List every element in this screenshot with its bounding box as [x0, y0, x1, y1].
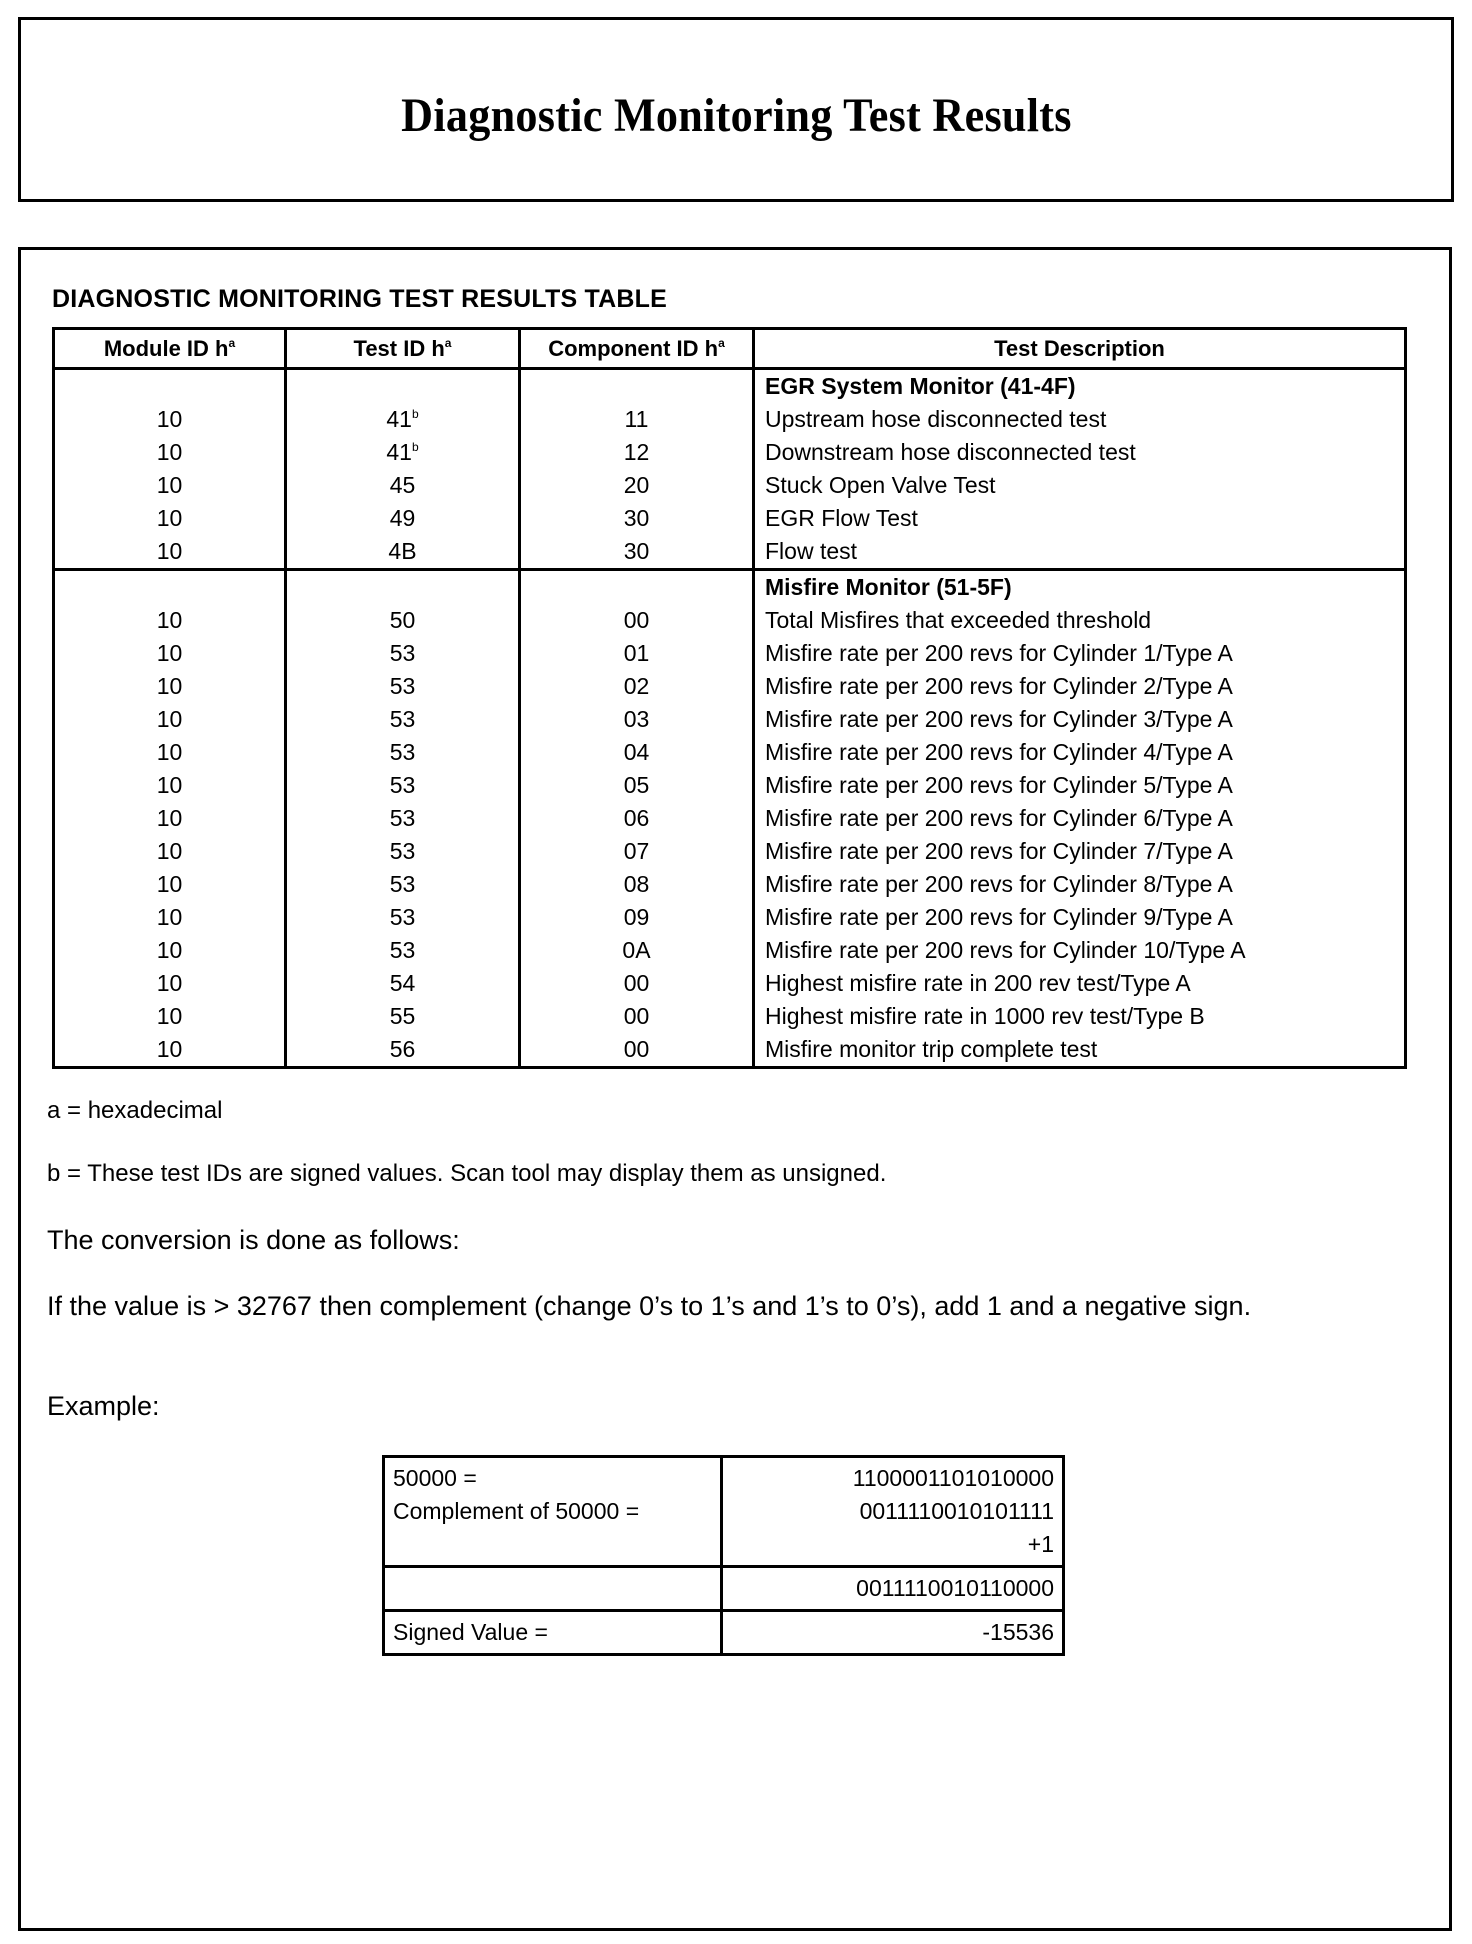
test-description-cell: Misfire rate per 200 revs for Cylinder 1…	[754, 934, 1406, 967]
test-id-cell: 56	[286, 1033, 520, 1068]
test-description-cell: Misfire rate per 200 revs for Cylinder 2…	[754, 670, 1406, 703]
empty-cell	[520, 570, 754, 605]
component-id-cell: 07	[520, 835, 754, 868]
component-id-cell: 09	[520, 901, 754, 934]
test-description-cell: Flow test	[754, 535, 1406, 570]
module-id-cell: 10	[54, 934, 286, 967]
section-heading-row: Misfire Monitor (51-5F)	[54, 570, 1406, 605]
empty-cell	[286, 369, 520, 404]
module-id-cell: 10	[54, 835, 286, 868]
test-description-cell: Misfire monitor trip complete test	[754, 1033, 1406, 1068]
table-row: 105400Highest misfire rate in 200 rev te…	[54, 967, 1406, 1000]
test-id-cell: 53	[286, 637, 520, 670]
example-label-cell: 50000 =Complement of 50000 =	[384, 1457, 722, 1567]
test-id-cell: 41b	[286, 436, 520, 469]
component-id-cell: 00	[520, 967, 754, 1000]
test-id-cell: 4B	[286, 535, 520, 570]
table-row: 105304Misfire rate per 200 revs for Cyli…	[54, 736, 1406, 769]
component-id-cell: 05	[520, 769, 754, 802]
module-id-cell: 10	[54, 604, 286, 637]
test-description-cell: Misfire rate per 200 revs for Cylinder 1…	[754, 637, 1406, 670]
module-id-cell: 10	[54, 403, 286, 436]
section-heading: EGR System Monitor (41-4F)	[754, 369, 1406, 404]
component-id-cell: 01	[520, 637, 754, 670]
table-row: 10530AMisfire rate per 200 revs for Cyli…	[54, 934, 1406, 967]
column-header-module-id: Module ID ha	[54, 329, 286, 369]
test-description-cell: Misfire rate per 200 revs for Cylinder 5…	[754, 769, 1406, 802]
example-label-cell: Signed Value =	[384, 1611, 722, 1655]
empty-cell	[54, 570, 286, 605]
component-id-cell: 30	[520, 502, 754, 535]
module-id-cell: 10	[54, 868, 286, 901]
test-description-cell: Misfire rate per 200 revs for Cylinder 3…	[754, 703, 1406, 736]
test-id-cell: 53	[286, 901, 520, 934]
test-id-cell: 53	[286, 703, 520, 736]
component-id-cell: 12	[520, 436, 754, 469]
example-row: 50000 =Complement of 50000 = 11000011010…	[384, 1457, 1064, 1567]
column-header-component-id: Component ID ha	[520, 329, 754, 369]
module-id-cell: 10	[54, 670, 286, 703]
component-id-cell: 30	[520, 535, 754, 570]
table-row: 105307Misfire rate per 200 revs for Cyli…	[54, 835, 1406, 868]
test-description-cell: Highest misfire rate in 1000 rev test/Ty…	[754, 1000, 1406, 1033]
component-id-cell: 04	[520, 736, 754, 769]
example-table: 50000 =Complement of 50000 = 11000011010…	[382, 1455, 1065, 1656]
table-row: 104930EGR Flow Test	[54, 502, 1406, 535]
example-row: 0011110010110000	[384, 1567, 1064, 1611]
test-description-cell: Total Misfires that exceeded threshold	[754, 604, 1406, 637]
component-id-cell: 0A	[520, 934, 754, 967]
test-id-cell: 54	[286, 967, 520, 1000]
table-row: 105000Total Misfires that exceeded thres…	[54, 604, 1406, 637]
table-row: 105309Misfire rate per 200 revs for Cyli…	[54, 901, 1406, 934]
test-id-cell: 53	[286, 934, 520, 967]
table-row: 105303Misfire rate per 200 revs for Cyli…	[54, 703, 1406, 736]
module-id-cell: 10	[54, 901, 286, 934]
test-id-cell: 53	[286, 736, 520, 769]
section-heading: Misfire Monitor (51-5F)	[754, 570, 1406, 605]
table-title: DIAGNOSTIC MONITORING TEST RESULTS TABLE	[52, 285, 667, 314]
test-description-cell: EGR Flow Test	[754, 502, 1406, 535]
test-description-cell: Highest misfire rate in 200 rev test/Typ…	[754, 967, 1406, 1000]
test-id-cell: 53	[286, 769, 520, 802]
module-id-cell: 10	[54, 967, 286, 1000]
component-id-cell: 00	[520, 1033, 754, 1068]
example-value-cell: -15536	[722, 1611, 1064, 1655]
conversion-intro: The conversion is done as follows:	[47, 1224, 1397, 1257]
component-id-cell: 11	[520, 403, 754, 436]
conversion-rule: If the value is > 32767 then complement …	[47, 1290, 1397, 1323]
example-label-cell	[384, 1567, 722, 1611]
component-id-cell: 02	[520, 670, 754, 703]
module-id-cell: 10	[54, 802, 286, 835]
test-description-cell: Misfire rate per 200 revs for Cylinder 7…	[754, 835, 1406, 868]
footnote-b: b = These test IDs are signed values. Sc…	[47, 1160, 886, 1188]
table-row: 105302Misfire rate per 200 revs for Cyli…	[54, 670, 1406, 703]
component-id-cell: 20	[520, 469, 754, 502]
table-row: 105600Misfire monitor trip complete test	[54, 1033, 1406, 1068]
module-id-cell: 10	[54, 736, 286, 769]
test-id-cell: 45	[286, 469, 520, 502]
table-row: 104520Stuck Open Valve Test	[54, 469, 1406, 502]
column-header-test-id: Test ID ha	[286, 329, 520, 369]
test-id-cell: 55	[286, 1000, 520, 1033]
table-row: 104B30Flow test	[54, 535, 1406, 570]
test-description-cell: Stuck Open Valve Test	[754, 469, 1406, 502]
test-description-cell: Misfire rate per 200 revs for Cylinder 9…	[754, 901, 1406, 934]
module-id-cell: 10	[54, 703, 286, 736]
module-id-cell: 10	[54, 769, 286, 802]
table-body: EGR System Monitor (41-4F)1041b11Upstrea…	[54, 369, 1406, 1068]
module-id-cell: 10	[54, 1033, 286, 1068]
module-id-cell: 10	[54, 1000, 286, 1033]
example-table-body: 50000 =Complement of 50000 = 11000011010…	[384, 1457, 1064, 1655]
footnote-a: a = hexadecimal	[47, 1097, 222, 1125]
column-header-test-description: Test Description	[754, 329, 1406, 369]
table-row: 1041b12Downstream hose disconnected test	[54, 436, 1406, 469]
component-id-cell: 08	[520, 868, 754, 901]
table-row: 1041b11Upstream hose disconnected test	[54, 403, 1406, 436]
empty-cell	[54, 369, 286, 404]
example-value-cell: 11000011010100000011110010101111+1	[722, 1457, 1064, 1567]
test-id-cell: 53	[286, 835, 520, 868]
example-row: Signed Value =-15536	[384, 1611, 1064, 1655]
test-description-cell: Misfire rate per 200 revs for Cylinder 4…	[754, 736, 1406, 769]
test-id-cell: 53	[286, 868, 520, 901]
table-row: 105301Misfire rate per 200 revs for Cyli…	[54, 637, 1406, 670]
test-description-cell: Misfire rate per 200 revs for Cylinder 8…	[754, 868, 1406, 901]
table-row: 105500Highest misfire rate in 1000 rev t…	[54, 1000, 1406, 1033]
module-id-cell: 10	[54, 436, 286, 469]
example-value-cell: 0011110010110000	[722, 1567, 1064, 1611]
component-id-cell: 03	[520, 703, 754, 736]
table-header-row: Module ID ha Test ID ha Component ID ha …	[54, 329, 1406, 369]
empty-cell	[286, 570, 520, 605]
example-label: Example:	[47, 1390, 1397, 1423]
test-id-cell: 53	[286, 670, 520, 703]
module-id-cell: 10	[54, 535, 286, 570]
test-description-cell: Misfire rate per 200 revs for Cylinder 6…	[754, 802, 1406, 835]
test-results-table: Module ID ha Test ID ha Component ID ha …	[52, 327, 1407, 1069]
page-title: Diagnostic Monitoring Test Results	[401, 88, 1072, 143]
test-id-cell: 50	[286, 604, 520, 637]
module-id-cell: 10	[54, 469, 286, 502]
test-id-cell: 53	[286, 802, 520, 835]
table-row: 105306Misfire rate per 200 revs for Cyli…	[54, 802, 1406, 835]
module-id-cell: 10	[54, 502, 286, 535]
test-description-cell: Upstream hose disconnected test	[754, 403, 1406, 436]
component-id-cell: 00	[520, 1000, 754, 1033]
table-row: 105308Misfire rate per 200 revs for Cyli…	[54, 868, 1406, 901]
test-description-cell: Downstream hose disconnected test	[754, 436, 1406, 469]
component-id-cell: 06	[520, 802, 754, 835]
component-id-cell: 00	[520, 604, 754, 637]
title-box: Diagnostic Monitoring Test Results	[18, 17, 1454, 202]
test-id-cell: 41b	[286, 403, 520, 436]
empty-cell	[520, 369, 754, 404]
section-heading-row: EGR System Monitor (41-4F)	[54, 369, 1406, 404]
table-row: 105305Misfire rate per 200 revs for Cyli…	[54, 769, 1406, 802]
test-id-cell: 49	[286, 502, 520, 535]
module-id-cell: 10	[54, 637, 286, 670]
